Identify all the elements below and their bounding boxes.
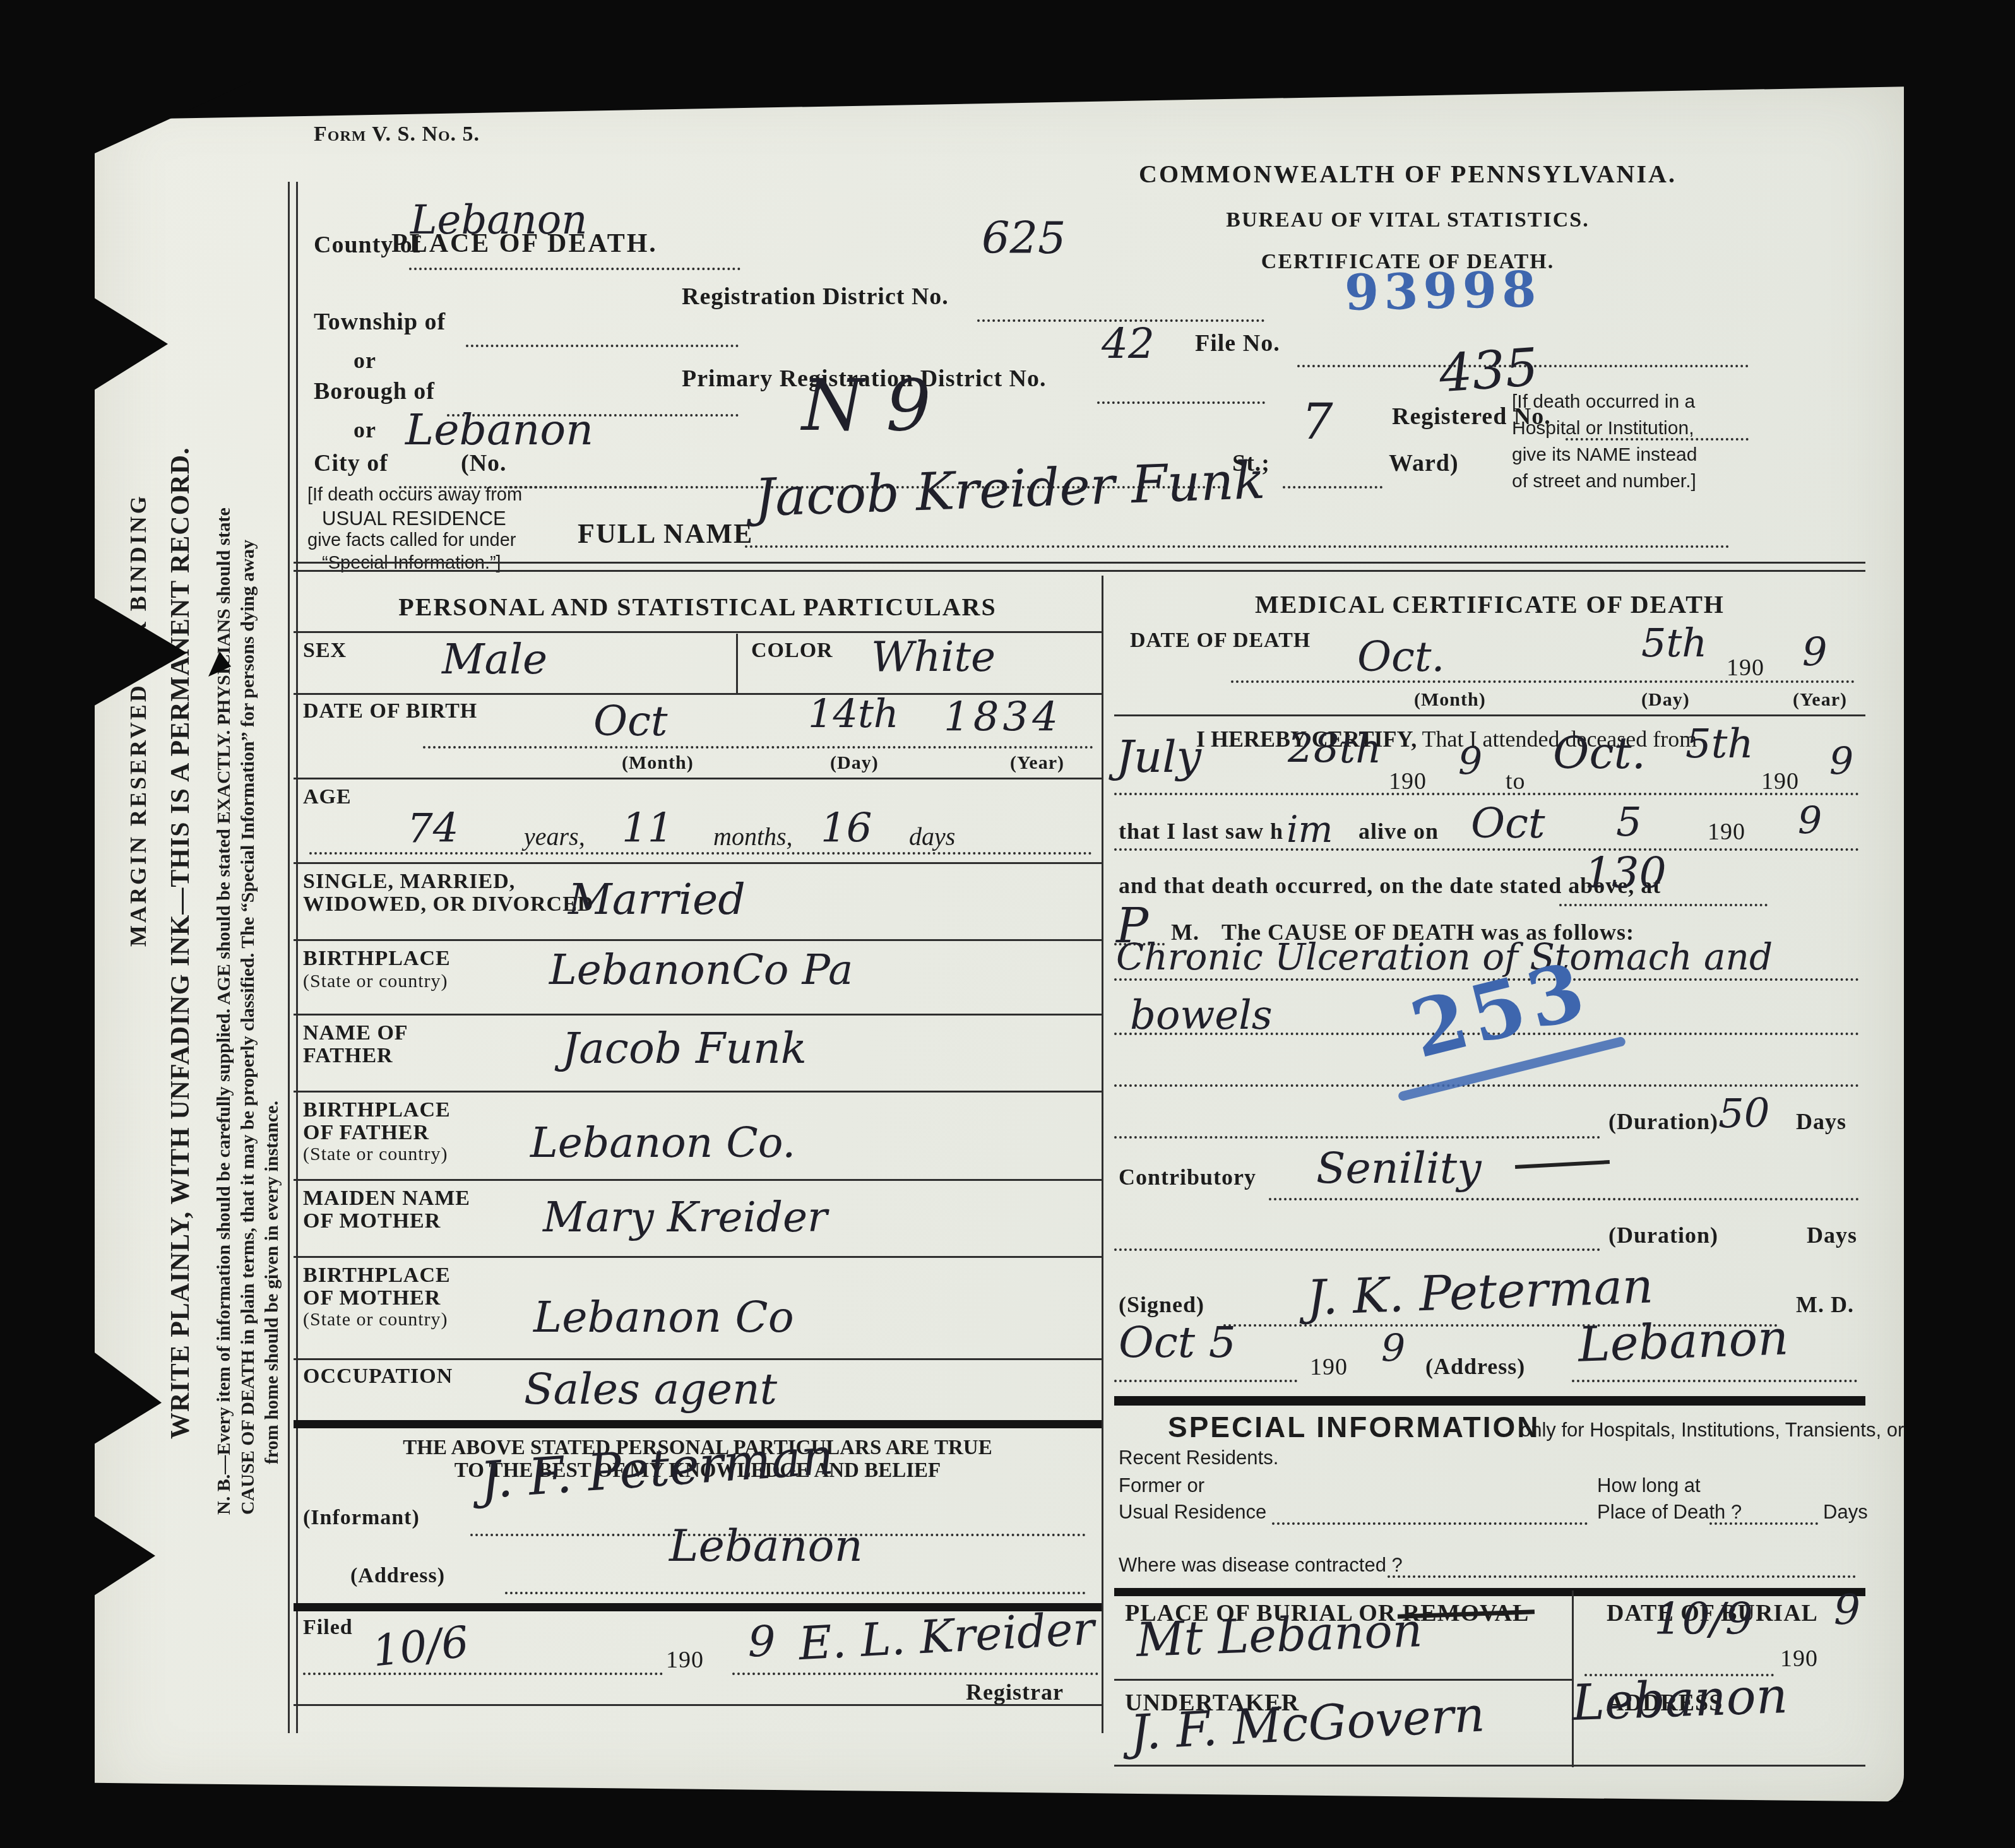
- dod-label: DATE OF DEATH: [1130, 629, 1311, 653]
- informant-address-label: (Address): [350, 1564, 445, 1588]
- father-birthplace-label-line2: OF FATHER: [303, 1121, 429, 1145]
- cause-line3-rule: [1114, 1084, 1859, 1087]
- borough-label: Borough of: [314, 377, 435, 405]
- cause-line2: bowels: [1130, 992, 1272, 1039]
- mother-birthplace-sublabel: (State or country): [303, 1309, 448, 1330]
- last-saw-pre: that I last saw h: [1119, 818, 1283, 844]
- birthplace-sublabel: (State or country): [303, 971, 448, 992]
- filed-line: [303, 1673, 663, 1675]
- mother-label-line2: OF MOTHER: [303, 1209, 441, 1233]
- marital-value: Married: [568, 875, 746, 925]
- margin-nb-line2: CAUSE OF DEATH in plain terms, that it m…: [237, 540, 259, 1515]
- burial-place-line: [1114, 1679, 1572, 1681]
- form-number: Form V. S. No. 5.: [314, 122, 480, 146]
- full-name-label: FULL NAME: [578, 518, 753, 550]
- form-left-border: [288, 182, 298, 1733]
- months-label: months,: [713, 822, 793, 851]
- county-value: Lebanon: [410, 197, 587, 244]
- sex-label: SEX: [303, 639, 347, 663]
- attended-from-year-printed: 190: [1389, 767, 1427, 795]
- dod-day-sublabel: (Day): [1641, 689, 1690, 711]
- sex-value: Male: [442, 635, 547, 684]
- duration-line: [1114, 1136, 1600, 1139]
- duration-value: 50: [1718, 1091, 1769, 1137]
- special-info-subtitle: only for Hospitals, Institutions, Transi…: [1520, 1419, 1904, 1442]
- duration2-days-label: Days: [1807, 1222, 1857, 1248]
- mother-birthplace-value: Lebanon Co: [533, 1293, 794, 1342]
- section-bar: [294, 1420, 1102, 1428]
- duration-label: (Duration): [1608, 1108, 1718, 1135]
- last-saw-fill: im: [1287, 808, 1333, 851]
- attended-line: [1114, 793, 1859, 795]
- signed-year-digit: 9: [1381, 1327, 1405, 1371]
- rule: [1114, 1765, 1865, 1767]
- attended-from-year-digit: 9: [1458, 740, 1482, 784]
- county-line: [409, 268, 740, 270]
- hospital-note-line1: [If death occurred in a: [1512, 391, 1695, 413]
- former-residence-label1: Former or: [1119, 1474, 1204, 1497]
- or-label-1: or: [354, 347, 376, 374]
- rule: [294, 1014, 1102, 1016]
- ward-line: [1283, 486, 1382, 489]
- duration2-line: [1114, 1248, 1600, 1251]
- attended-from-month: July: [1116, 731, 1201, 783]
- house-no-line1: [505, 486, 657, 489]
- medical-section-title: MEDICAL CERTIFICATE OF DEATH: [1114, 589, 1865, 619]
- father-value: Jacob Funk: [562, 1024, 807, 1074]
- column-divider: [1102, 576, 1103, 1733]
- rule: [294, 1091, 1102, 1093]
- dob-day-sublabel: (Day): [830, 752, 879, 774]
- father-birthplace-sublabel: (State or country): [303, 1144, 448, 1165]
- how-long-days-label: Days: [1823, 1501, 1868, 1524]
- rule: [294, 1179, 1102, 1181]
- registrar-line: [732, 1673, 1098, 1675]
- margin-nb-line3: from home should be given in every insta…: [261, 1101, 283, 1464]
- primary-district-value: 42: [1102, 319, 1155, 368]
- dod-year-printed: 190: [1727, 654, 1764, 682]
- special-info-title: SPECIAL INFORMATION: [1168, 1410, 1540, 1444]
- last-saw-line: [1114, 848, 1859, 851]
- contributory-label: Contributory: [1119, 1164, 1256, 1190]
- signed-address-line: [1572, 1380, 1857, 1382]
- color-value: White: [871, 632, 996, 681]
- margin-write-plainly: WRITE PLAINLY, WITH UNFADING INK—THIS IS…: [165, 447, 196, 1439]
- dod-year-sublabel: (Year): [1793, 689, 1847, 711]
- filed-year-printed: 190: [666, 1646, 704, 1674]
- father-birthplace-value: Lebanon Co.: [530, 1118, 795, 1167]
- dod-month-value: Oct.: [1357, 632, 1445, 681]
- house-no-value: N 9: [802, 365, 931, 447]
- filed-year-digit: 9: [748, 1617, 775, 1667]
- color-label: COLOR: [751, 639, 833, 663]
- marital-label-line1: SINGLE, MARRIED,: [303, 870, 515, 894]
- hospital-note-line2: Hospital or Institution,: [1512, 418, 1694, 439]
- to-label: to: [1506, 767, 1526, 795]
- age-days-value: 16: [821, 805, 872, 852]
- death-time-value: 130: [1584, 848, 1667, 898]
- last-saw-day: 5: [1616, 799, 1642, 846]
- age-line: [309, 852, 1092, 855]
- birthplace-value: LebanonCo Pa: [549, 945, 853, 994]
- signed-label: (Signed): [1119, 1291, 1204, 1318]
- full-name-line: [745, 545, 1730, 548]
- residence-note-line2: USUAL RESIDENCE: [322, 507, 506, 530]
- filed-label: Filed: [303, 1616, 353, 1640]
- age-label: AGE: [303, 785, 352, 809]
- file-number-stamp: 93998: [1344, 261, 1542, 321]
- header-divider-rule: [294, 562, 1865, 572]
- contributory-value: Senility: [1316, 1144, 1482, 1193]
- mother-label-line1: MAIDEN NAME: [303, 1187, 470, 1211]
- years-label: years,: [524, 822, 585, 851]
- age-years-value: 74: [407, 805, 458, 852]
- attended-to-year-digit: 9: [1829, 740, 1853, 784]
- margin-binding-text: MARGIN RESERVED FOR BINDING: [125, 494, 152, 947]
- rule: [294, 1256, 1102, 1258]
- informant-address-line: [505, 1592, 1086, 1594]
- rule: [294, 1358, 1102, 1360]
- informant-address-value: Lebanon: [669, 1520, 863, 1572]
- last-saw-post: alive on: [1358, 818, 1439, 844]
- dob-month-value: Oct: [593, 697, 668, 745]
- file-no-label: File No.: [1195, 329, 1280, 357]
- signed-address-value: Lebanon: [1578, 1309, 1790, 1373]
- county-label: County of: [314, 231, 422, 259]
- burial-place-value: Mt Lebanon: [1136, 1603, 1424, 1667]
- marital-label-line2: WIDOWED, OR DIVORCED: [303, 892, 593, 916]
- occupation-value: Sales agent: [524, 1365, 777, 1414]
- burial-date-value: 10/9: [1654, 1593, 1753, 1645]
- rule: [294, 1704, 1103, 1706]
- dod-line: [1231, 680, 1855, 683]
- commonwealth-title: COMMONWEALTH OF PENNSYLVANIA.: [1098, 159, 1717, 189]
- contributory-line: [1269, 1198, 1859, 1200]
- burial-year-digit: 9: [1834, 1585, 1860, 1634]
- special-info-subtitle2: Recent Residents.: [1119, 1447, 1278, 1469]
- signed-year-printed: 190: [1310, 1353, 1348, 1381]
- sex-color-divider: [736, 634, 738, 693]
- md-label: M. D.: [1796, 1291, 1854, 1318]
- dod-day-value: 5th: [1641, 620, 1707, 666]
- personal-section-title: PERSONAL AND STATISTICAL PARTICULARS: [294, 592, 1102, 622]
- rule: [294, 778, 1102, 779]
- dob-year-value: 1834: [944, 694, 1062, 741]
- residence-note-line1: [If death occurs away from: [307, 485, 522, 506]
- rule: [1114, 714, 1865, 716]
- death-occurred-label: and that death occurred, on the date sta…: [1119, 872, 1661, 899]
- dob-line: [423, 746, 1093, 749]
- dob-label: DATE OF BIRTH: [303, 699, 477, 723]
- last-saw-year-digit: 9: [1798, 799, 1822, 843]
- how-long-label1: How long at: [1597, 1474, 1701, 1497]
- hospital-note-line3: give its NAME instead: [1512, 444, 1697, 466]
- city-label: City of: [314, 449, 388, 477]
- dob-month-sublabel: (Month): [622, 752, 694, 774]
- rule: [294, 939, 1102, 941]
- township-label: Township of: [314, 308, 446, 336]
- occupation-label: OCCUPATION: [303, 1365, 453, 1389]
- former-residence-label2: Usual Residence: [1119, 1501, 1266, 1524]
- signed-address-label: (Address): [1425, 1353, 1525, 1380]
- death-time-line: [1559, 904, 1768, 906]
- rule: [294, 862, 1102, 864]
- primary-district-line: [1097, 401, 1265, 404]
- father-label-line2: FATHER: [303, 1044, 393, 1068]
- dod-month-sublabel: (Month): [1414, 689, 1486, 711]
- cause-line1: Chronic Ulceration of Stomach and: [1116, 935, 1773, 978]
- last-saw-year-printed: 190: [1708, 818, 1745, 846]
- ward-label: Ward): [1389, 449, 1459, 477]
- registrar-label: Registrar: [966, 1679, 1064, 1705]
- dob-day-value: 14th: [808, 690, 899, 737]
- scanned-death-certificate: MARGIN RESERVED FOR BINDING WRITE PLAINL…: [0, 0, 2015, 1848]
- hospital-note-line4: of street and number.]: [1512, 471, 1696, 492]
- disease-contracted-line: [1388, 1575, 1856, 1578]
- attended-to-day: 5th: [1685, 721, 1754, 767]
- father-label-line1: NAME OF: [303, 1021, 408, 1045]
- bureau-title: BUREAU OF VITAL STATISTICS.: [1098, 208, 1717, 232]
- section-bar: [1114, 1396, 1865, 1406]
- attended-from-day: 28th: [1288, 726, 1381, 773]
- dob-year-sublabel: (Year): [1010, 752, 1064, 774]
- age-months-value: 11: [622, 805, 673, 852]
- signed-date-value: Oct 5: [1119, 1318, 1236, 1368]
- mother-value: Mary Kreider: [543, 1193, 828, 1241]
- duration-days-label: Days: [1796, 1108, 1846, 1135]
- or-label-2: or: [354, 417, 376, 443]
- registration-district-label: Registration District No.: [682, 283, 949, 311]
- residence-note-line3: give facts called for under: [307, 530, 516, 551]
- former-residence-line: [1272, 1522, 1588, 1525]
- township-line: [466, 345, 739, 347]
- mother-birthplace-label-line2: OF MOTHER: [303, 1286, 441, 1310]
- signed-date-line: [1114, 1380, 1297, 1382]
- mother-birthplace-label-line1: BIRTHPLACE: [303, 1264, 451, 1288]
- undertaker-address-value: Lebanon: [1571, 1667, 1789, 1732]
- dod-year-digit: 9: [1802, 629, 1827, 675]
- how-long-line: [1709, 1522, 1818, 1525]
- attended-to-month: Oct.: [1553, 727, 1646, 779]
- filed-date-value: 10/6: [370, 1617, 471, 1677]
- ward-value: 7: [1302, 394, 1333, 451]
- how-long-label2: Place of Death ?: [1597, 1501, 1742, 1524]
- last-saw-month: Oct: [1471, 799, 1545, 848]
- attended-to-year-printed: 190: [1761, 767, 1799, 795]
- house-no-label: (No.: [461, 449, 507, 477]
- disease-contracted-label: Where was disease contracted ?: [1119, 1554, 1403, 1577]
- registration-district-value: 625: [982, 212, 1066, 264]
- birthplace-label: BIRTHPLACE: [303, 947, 451, 971]
- city-value: Lebanon: [405, 405, 593, 455]
- informant-label: (Informant): [303, 1506, 420, 1530]
- days-label: days: [909, 822, 955, 851]
- father-birthplace-label-line1: BIRTHPLACE: [303, 1098, 451, 1122]
- duration2-label: (Duration): [1608, 1222, 1718, 1248]
